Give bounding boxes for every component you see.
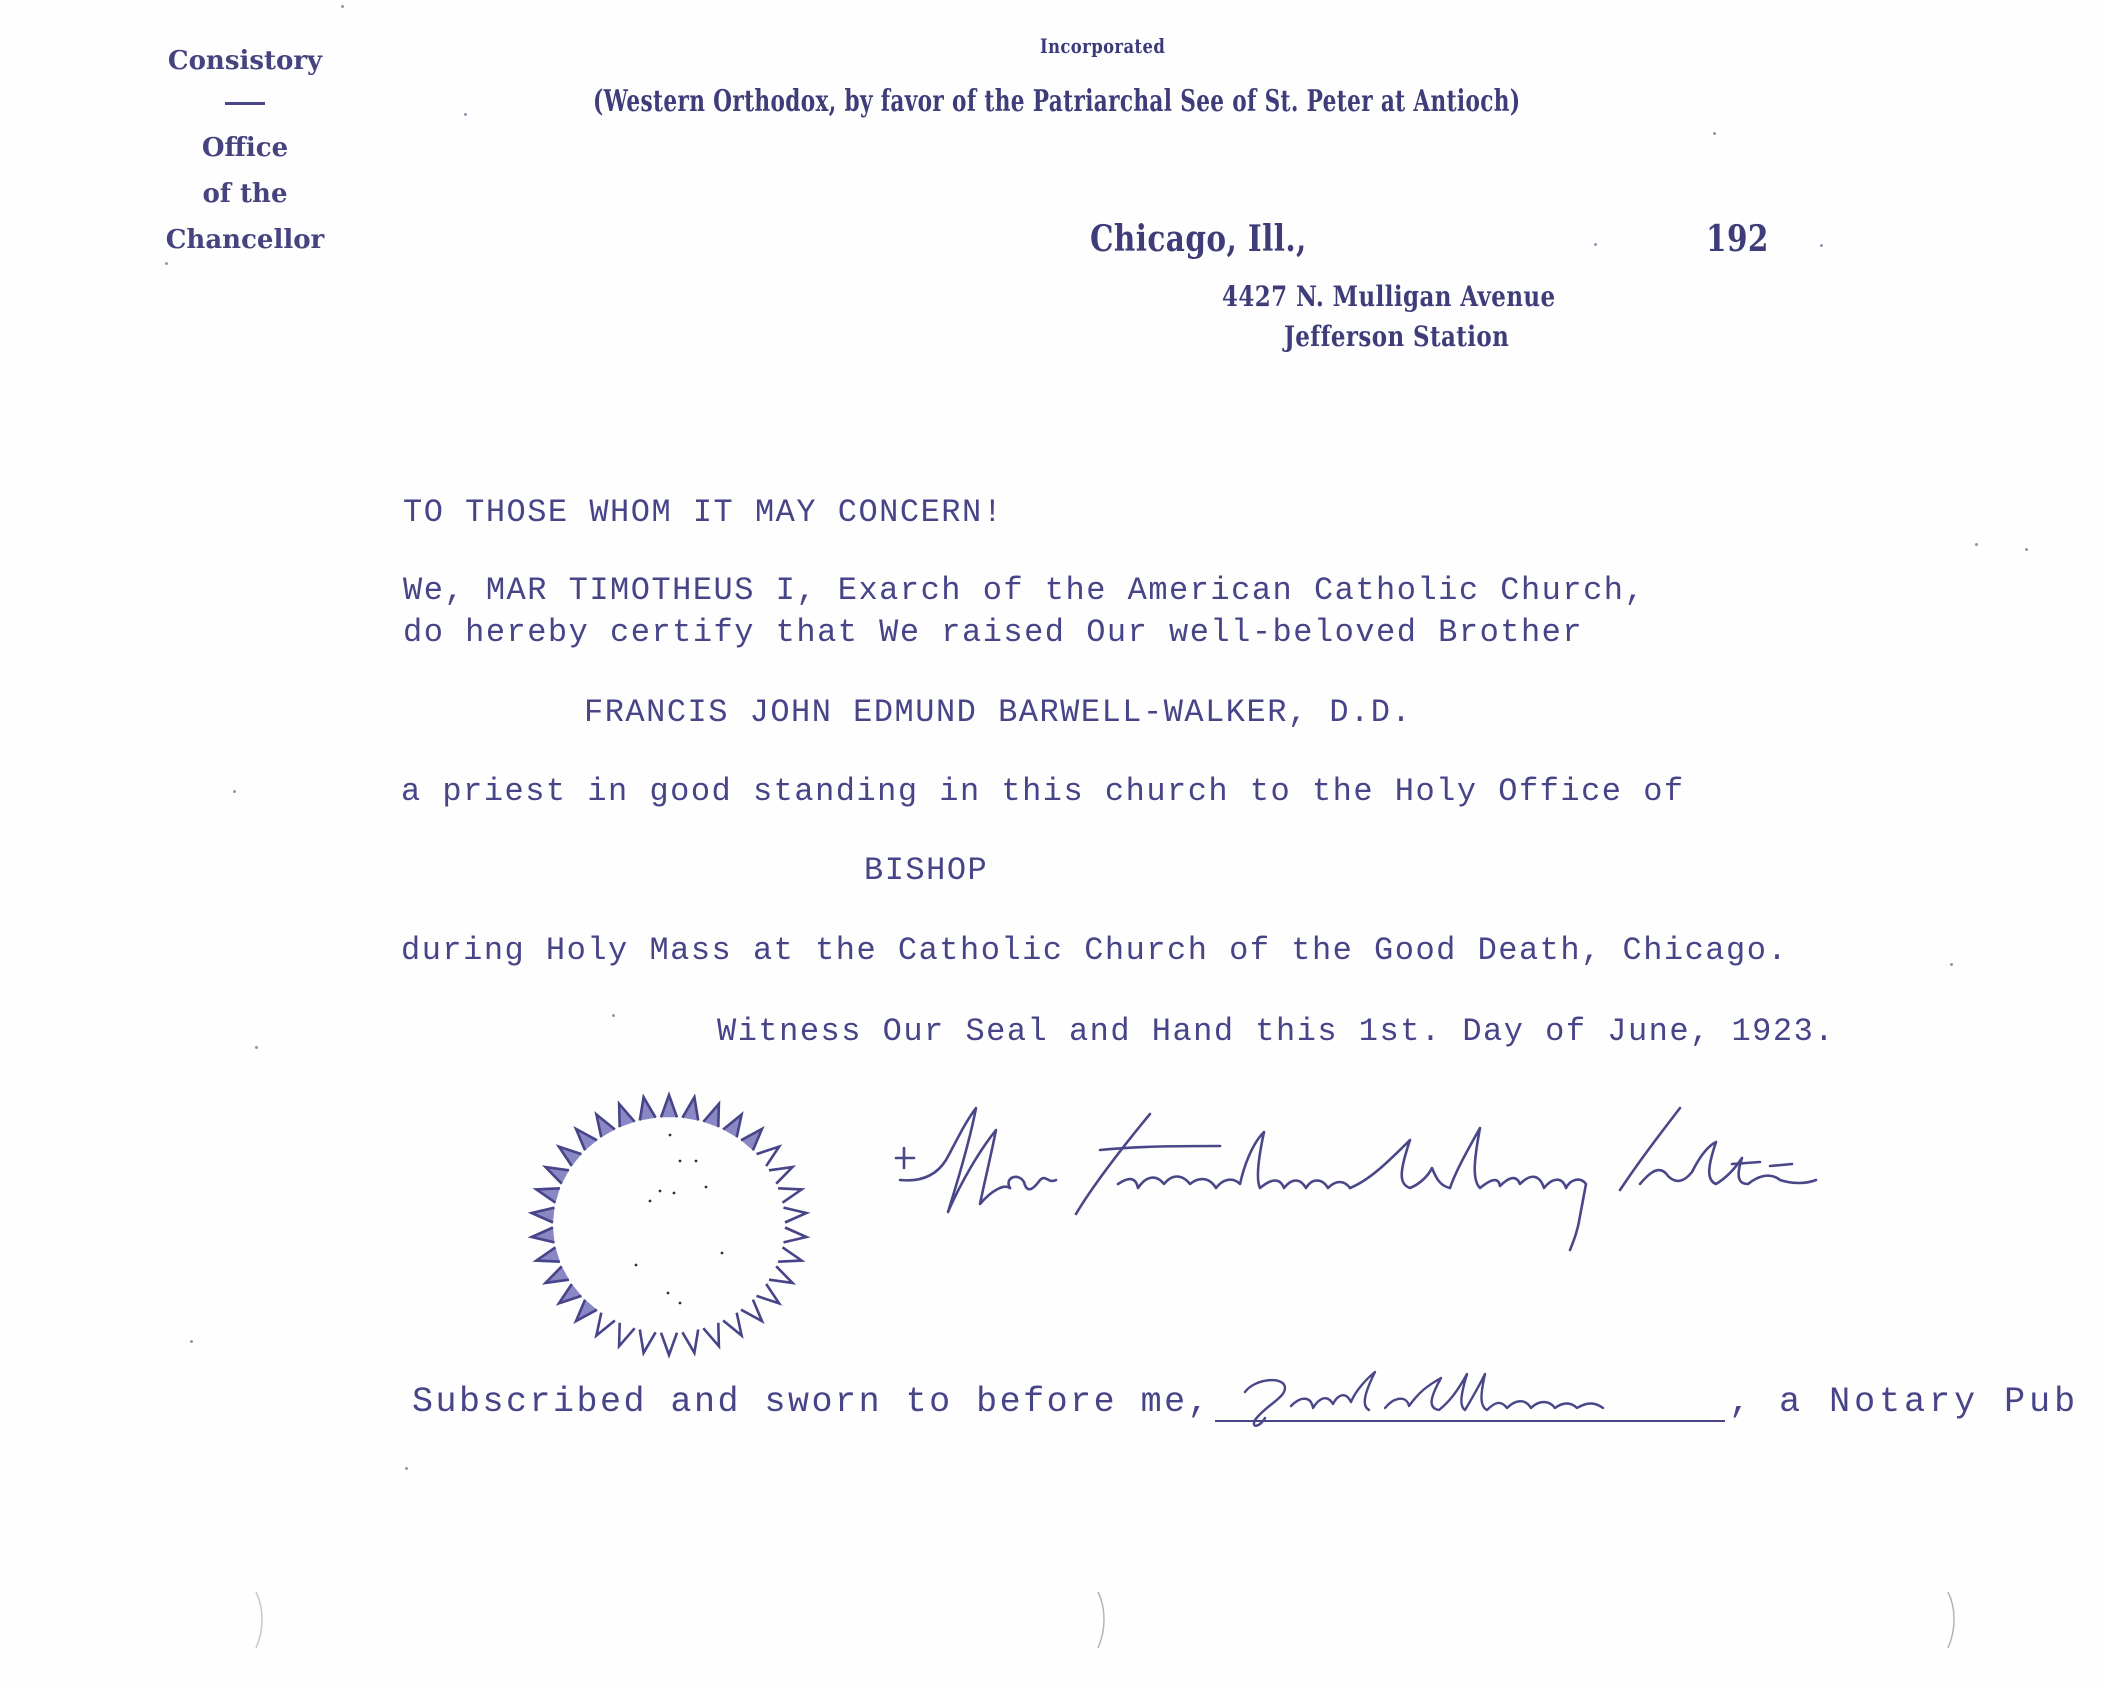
letterhead-sidebar: Consistory Office of the Chancellor [160, 38, 330, 263]
handwritten-signature-icon [880, 1080, 2080, 1270]
sidebar-consistory: Consistory [160, 38, 330, 84]
body-line-1: We, MAR TIMOTHEUS I, Exarch of the Ameri… [403, 572, 1645, 609]
sidebar-office: Office [160, 125, 330, 171]
notary-suffix: , a Notary Pub [1729, 1382, 2079, 1422]
paper-speck [165, 262, 168, 265]
office-title: BISHOP [864, 852, 988, 889]
salutation: TO THOSE WHOM IT MAY CONCERN! [403, 494, 1003, 531]
notary-prefix: Subscribed and sworn to before me, [412, 1382, 1211, 1422]
body-line-3: a priest in good standing in this church… [401, 773, 1685, 810]
paper-speck [255, 1046, 258, 1049]
document-page: Consistory Office of the Chancellor Inco… [0, 0, 2102, 1688]
paper-speck [1975, 543, 1978, 546]
binding-mark-icon [1944, 1590, 1964, 1650]
sidebar-divider [225, 102, 265, 105]
notary-signature-icon [1215, 1376, 1725, 1422]
binding-mark-icon [1094, 1590, 1114, 1650]
paper-speck [464, 113, 467, 116]
paper-speck [190, 1340, 193, 1343]
paper-speck [2025, 548, 2028, 551]
notary-line: Subscribed and sworn to before me, , a N… [412, 1376, 2079, 1422]
witness-line: Witness Our Seal and Hand this 1st. Day … [717, 1013, 1835, 1050]
letterhead-city: Chicago, Ill., [1090, 218, 1307, 260]
sidebar-chancellor: Chancellor [160, 217, 330, 263]
paper-speck [341, 5, 344, 8]
starburst-seal-icon [510, 1075, 828, 1363]
paper-speck [405, 1467, 408, 1470]
letterhead-address-line2: Jefferson Station [1284, 320, 1509, 353]
body-line-4: during Holy Mass at the Catholic Church … [401, 932, 1788, 969]
paper-speck [1820, 244, 1823, 247]
binding-mark-icon [252, 1590, 272, 1650]
paper-speck [1594, 243, 1597, 246]
letterhead-subtitle: (Western Orthodox, by favor of the Patri… [593, 84, 1520, 119]
paper-speck [233, 790, 236, 793]
letterhead-incorporated: Incorporated [1040, 34, 1165, 58]
paper-speck [612, 1014, 615, 1017]
letterhead-year-prefix: 192 [1706, 218, 1769, 260]
recipient-name: FRANCIS JOHN EDMUND BARWELL-WALKER, D.D. [584, 694, 1412, 731]
paper-speck [1950, 963, 1953, 966]
letterhead-address-line1: 4427 N. Mulligan Avenue [1222, 280, 1556, 313]
body-line-2: do hereby certify that We raised Our wel… [403, 614, 1583, 651]
paper-speck [1713, 132, 1716, 135]
sidebar-of-the: of the [160, 171, 330, 217]
